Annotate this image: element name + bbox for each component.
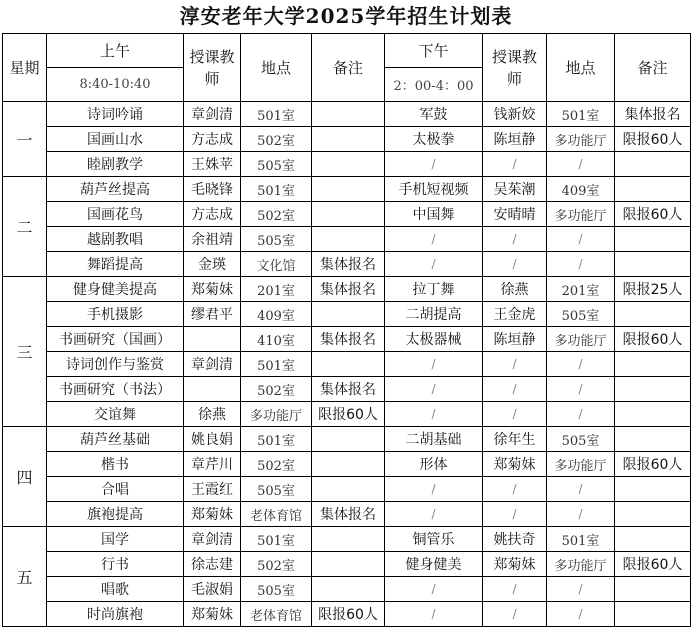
am-teacher-cell: 方志成 (184, 202, 241, 227)
table-row: 书画研究（书法）502室集体报名/// (3, 377, 691, 402)
pm-remark-cell (615, 352, 691, 377)
pm-teacher-cell: / (483, 227, 547, 252)
am-teacher-cell: 方志成 (184, 127, 241, 152)
table-row: 一诗词吟诵章剑清501室军鼓钱新姣501室集体报名 (3, 102, 691, 127)
am-remark-cell: 集体报名 (312, 277, 385, 302)
am-course-cell: 交谊舞 (47, 402, 184, 427)
pm-course-cell: 二胡基础 (385, 427, 483, 452)
table-row: 越剧教唱余祖靖505室/// (3, 227, 691, 252)
header-pm-location: 地点 (547, 34, 615, 102)
pm-teacher-cell: / (483, 252, 547, 277)
pm-course-cell: / (385, 602, 483, 627)
pm-remark-cell (615, 377, 691, 402)
pm-location-cell: / (547, 352, 615, 377)
table-row: 五国学章剑清501室铜管乐姚扶奇501室 (3, 527, 691, 552)
pm-teacher-cell: 王金虎 (483, 302, 547, 327)
pm-location-cell: / (547, 252, 615, 277)
am-teacher-cell (184, 377, 241, 402)
pm-remark-cell: 限报60人 (615, 327, 691, 352)
am-remark-cell: 集体报名 (312, 327, 385, 352)
pm-remark-cell: 限报60人 (615, 452, 691, 477)
pm-course-cell: 军鼓 (385, 102, 483, 127)
am-remark-cell (312, 452, 385, 477)
pm-remark-cell (615, 427, 691, 452)
table-row: 诗词创作与鉴赏章剑清501室/// (3, 352, 691, 377)
am-course-cell: 手机摄影 (47, 302, 184, 327)
pm-course-cell: / (385, 377, 483, 402)
am-location-cell: 410室 (241, 327, 312, 352)
am-course-cell: 诗词创作与鉴赏 (47, 352, 184, 377)
weekday-cell: 二 (3, 177, 47, 277)
am-location-cell: 老体育馆 (241, 602, 312, 627)
pm-teacher-cell: / (483, 477, 547, 502)
pm-teacher-cell: / (483, 352, 547, 377)
am-teacher-cell: 姚良娟 (184, 427, 241, 452)
table-row: 国画花鸟方志成502室中国舞安晴晴多功能厅限报60人 (3, 202, 691, 227)
table-row: 书画研究（国画）410室集体报名太极器械陈垣静多功能厅限报60人 (3, 327, 691, 352)
am-location-cell: 502室 (241, 202, 312, 227)
pm-remark-cell (615, 252, 691, 277)
am-remark-cell (312, 152, 385, 177)
pm-teacher-cell: / (483, 602, 547, 627)
pm-teacher-cell: 钱新姣 (483, 102, 547, 127)
pm-remark-cell (615, 527, 691, 552)
pm-location-cell: 505室 (547, 427, 615, 452)
pm-teacher-cell: / (483, 577, 547, 602)
table-row: 行书徐志建502室健身健美郑菊妹多功能厅限报60人 (3, 552, 691, 577)
am-location-cell: 505室 (241, 152, 312, 177)
header-afternoon: 下午 (385, 34, 483, 68)
pm-location-cell: 201室 (547, 277, 615, 302)
pm-remark-cell (615, 152, 691, 177)
am-teacher-cell: 章芹川 (184, 452, 241, 477)
pm-remark-cell (615, 502, 691, 527)
pm-course-cell: / (385, 502, 483, 527)
pm-teacher-cell: 郑菊妹 (483, 552, 547, 577)
pm-course-cell: / (385, 352, 483, 377)
header-pm-remark: 备注 (615, 34, 691, 102)
am-remark-cell (312, 352, 385, 377)
pm-location-cell: / (547, 227, 615, 252)
schedule-table: 星期 上午 授课教师 地点 备注 下午 授课教师 地点 备注 8:40-10:4… (2, 33, 691, 627)
am-course-cell: 诗词吟诵 (47, 102, 184, 127)
am-location-cell: 502室 (241, 377, 312, 402)
pm-location-cell: / (547, 402, 615, 427)
am-teacher-cell: 郑菊妹 (184, 277, 241, 302)
header-am-location: 地点 (241, 34, 312, 102)
am-location-cell: 501室 (241, 102, 312, 127)
pm-remark-cell (615, 477, 691, 502)
am-location-cell: 文化馆 (241, 252, 312, 277)
pm-remark-cell (615, 177, 691, 202)
am-course-cell: 国画花鸟 (47, 202, 184, 227)
am-teacher-cell: 缪君平 (184, 302, 241, 327)
pm-location-cell: / (547, 377, 615, 402)
am-course-cell: 睦剧教学 (47, 152, 184, 177)
pm-course-cell: / (385, 577, 483, 602)
am-remark-cell (312, 427, 385, 452)
pm-location-cell: 多功能厅 (547, 202, 615, 227)
pm-course-cell: / (385, 152, 483, 177)
pm-teacher-cell: 安晴晴 (483, 202, 547, 227)
am-location-cell: 201室 (241, 277, 312, 302)
pm-course-cell: 拉丁舞 (385, 277, 483, 302)
am-location-cell: 505室 (241, 227, 312, 252)
pm-remark-cell (615, 227, 691, 252)
am-teacher-cell: 毛晓锋 (184, 177, 241, 202)
am-course-cell: 书画研究（国画） (47, 327, 184, 352)
am-location-cell: 老体育馆 (241, 502, 312, 527)
am-teacher-cell: 章剑清 (184, 527, 241, 552)
am-remark-cell (312, 127, 385, 152)
header-am-remark: 备注 (312, 34, 385, 102)
pm-course-cell: / (385, 402, 483, 427)
am-teacher-cell: 毛淑娟 (184, 577, 241, 602)
pm-remark-cell: 限报60人 (615, 127, 691, 152)
am-course-cell: 书画研究（书法） (47, 377, 184, 402)
header-afternoon-time: 2：00-4：00 (385, 68, 483, 102)
table-row: 时尚旗袍郑菊妹老体育馆限报60人/// (3, 602, 691, 627)
am-course-cell: 时尚旗袍 (47, 602, 184, 627)
pm-location-cell: / (547, 152, 615, 177)
weekday-cell: 四 (3, 427, 47, 527)
am-course-cell: 行书 (47, 552, 184, 577)
pm-remark-cell (615, 402, 691, 427)
am-course-cell: 舞蹈提高 (47, 252, 184, 277)
am-remark-cell (312, 552, 385, 577)
pm-course-cell: / (385, 477, 483, 502)
am-remark-cell: 集体报名 (312, 252, 385, 277)
pm-teacher-cell: / (483, 377, 547, 402)
page-title: 淳安老年大学2025学年招生计划表 (0, 0, 692, 33)
header-pm-teacher: 授课教师 (483, 34, 547, 102)
pm-teacher-cell: 陈垣静 (483, 127, 547, 152)
table-row: 交谊舞徐燕多功能厅限报60人/// (3, 402, 691, 427)
pm-location-cell: 505室 (547, 302, 615, 327)
am-remark-cell (312, 477, 385, 502)
am-remark-cell (312, 302, 385, 327)
pm-remark-cell: 集体报名 (615, 102, 691, 127)
am-location-cell: 409室 (241, 302, 312, 327)
pm-course-cell: 手机短视频 (385, 177, 483, 202)
pm-location-cell: 多功能厅 (547, 127, 615, 152)
pm-remark-cell: 限报25人 (615, 277, 691, 302)
table-row: 国画山水方志成502室太极拳陈垣静多功能厅限报60人 (3, 127, 691, 152)
pm-course-cell: 铜管乐 (385, 527, 483, 552)
pm-remark-cell (615, 602, 691, 627)
am-course-cell: 国学 (47, 527, 184, 552)
am-course-cell: 葫芦丝基础 (47, 427, 184, 452)
am-location-cell: 501室 (241, 352, 312, 377)
am-teacher-cell: 金瑛 (184, 252, 241, 277)
pm-location-cell: / (547, 502, 615, 527)
table-row: 睦剧教学王姝苹505室/// (3, 152, 691, 177)
am-location-cell: 501室 (241, 427, 312, 452)
am-teacher-cell: 徐志建 (184, 552, 241, 577)
am-location-cell: 502室 (241, 552, 312, 577)
am-course-cell: 楷书 (47, 452, 184, 477)
am-location-cell: 502室 (241, 127, 312, 152)
am-course-cell: 合唱 (47, 477, 184, 502)
pm-remark-cell (615, 302, 691, 327)
am-teacher-cell (184, 327, 241, 352)
am-remark-cell (312, 227, 385, 252)
pm-location-cell: 多功能厅 (547, 452, 615, 477)
pm-location-cell: / (547, 577, 615, 602)
pm-remark-cell: 限报60人 (615, 552, 691, 577)
am-location-cell: 501室 (241, 177, 312, 202)
pm-course-cell: / (385, 227, 483, 252)
weekday-cell: 一 (3, 102, 47, 177)
table-row: 合唱王霞红505室/// (3, 477, 691, 502)
am-teacher-cell: 余祖靖 (184, 227, 241, 252)
pm-location-cell: 501室 (547, 527, 615, 552)
am-location-cell: 505室 (241, 577, 312, 602)
am-remark-cell: 限报60人 (312, 602, 385, 627)
table-row: 旗袍提高郑菊妹老体育馆集体报名/// (3, 502, 691, 527)
pm-course-cell: 形体 (385, 452, 483, 477)
pm-location-cell: 多功能厅 (547, 552, 615, 577)
pm-remark-cell: 限报60人 (615, 202, 691, 227)
pm-teacher-cell: / (483, 152, 547, 177)
pm-course-cell: 太极器械 (385, 327, 483, 352)
am-location-cell: 505室 (241, 477, 312, 502)
am-remark-cell: 限报60人 (312, 402, 385, 427)
am-location-cell: 502室 (241, 452, 312, 477)
pm-remark-cell (615, 577, 691, 602)
am-remark-cell (312, 102, 385, 127)
header-morning: 上午 (47, 34, 184, 68)
pm-location-cell: 501室 (547, 102, 615, 127)
am-remark-cell (312, 527, 385, 552)
table-row: 楷书章芹川502室形体郑菊妹多功能厅限报60人 (3, 452, 691, 477)
am-remark-cell (312, 202, 385, 227)
schedule-body: 一诗词吟诵章剑清501室军鼓钱新姣501室集体报名国画山水方志成502室太极拳陈… (3, 102, 691, 627)
pm-course-cell: 二胡提高 (385, 302, 483, 327)
pm-location-cell: 409室 (547, 177, 615, 202)
header-morning-time: 8:40-10:40 (47, 68, 184, 102)
am-remark-cell (312, 577, 385, 602)
am-course-cell: 旗袍提高 (47, 502, 184, 527)
pm-course-cell: 健身健美 (385, 552, 483, 577)
am-location-cell: 多功能厅 (241, 402, 312, 427)
weekday-cell: 五 (3, 527, 47, 627)
am-course-cell: 葫芦丝提高 (47, 177, 184, 202)
pm-teacher-cell: 郑菊妹 (483, 452, 547, 477)
pm-teacher-cell: 徐燕 (483, 277, 547, 302)
pm-location-cell: / (547, 602, 615, 627)
pm-course-cell: 中国舞 (385, 202, 483, 227)
pm-course-cell: / (385, 252, 483, 277)
am-teacher-cell: 章剑清 (184, 352, 241, 377)
pm-teacher-cell: / (483, 402, 547, 427)
am-teacher-cell: 徐燕 (184, 402, 241, 427)
am-teacher-cell: 郑菊妹 (184, 602, 241, 627)
pm-teacher-cell: 姚扶奇 (483, 527, 547, 552)
table-row: 唱歌毛淑娟505室/// (3, 577, 691, 602)
am-location-cell: 501室 (241, 527, 312, 552)
pm-teacher-cell: / (483, 502, 547, 527)
table-row: 三健身健美提高郑菊妹201室集体报名拉丁舞徐燕201室限报25人 (3, 277, 691, 302)
am-teacher-cell: 章剑清 (184, 102, 241, 127)
am-teacher-cell: 郑菊妹 (184, 502, 241, 527)
pm-teacher-cell: 徐年生 (483, 427, 547, 452)
pm-location-cell: / (547, 477, 615, 502)
am-teacher-cell: 王姝苹 (184, 152, 241, 177)
pm-teacher-cell: 陈垣静 (483, 327, 547, 352)
am-course-cell: 国画山水 (47, 127, 184, 152)
weekday-cell: 三 (3, 277, 47, 427)
pm-teacher-cell: 吴茱潮 (483, 177, 547, 202)
pm-location-cell: 多功能厅 (547, 327, 615, 352)
table-row: 二葫芦丝提高毛晓锋501室手机短视频吴茱潮409室 (3, 177, 691, 202)
am-course-cell: 越剧教唱 (47, 227, 184, 252)
am-remark-cell (312, 177, 385, 202)
table-row: 舞蹈提高金瑛文化馆集体报名/// (3, 252, 691, 277)
am-teacher-cell: 王霞红 (184, 477, 241, 502)
header-weekday: 星期 (3, 34, 47, 102)
am-course-cell: 唱歌 (47, 577, 184, 602)
am-course-cell: 健身健美提高 (47, 277, 184, 302)
table-row: 四葫芦丝基础姚良娟501室二胡基础徐年生505室 (3, 427, 691, 452)
am-remark-cell: 集体报名 (312, 377, 385, 402)
pm-course-cell: 太极拳 (385, 127, 483, 152)
table-row: 手机摄影缪君平409室二胡提高王金虎505室 (3, 302, 691, 327)
header-am-teacher: 授课教师 (184, 34, 241, 102)
am-remark-cell: 集体报名 (312, 502, 385, 527)
